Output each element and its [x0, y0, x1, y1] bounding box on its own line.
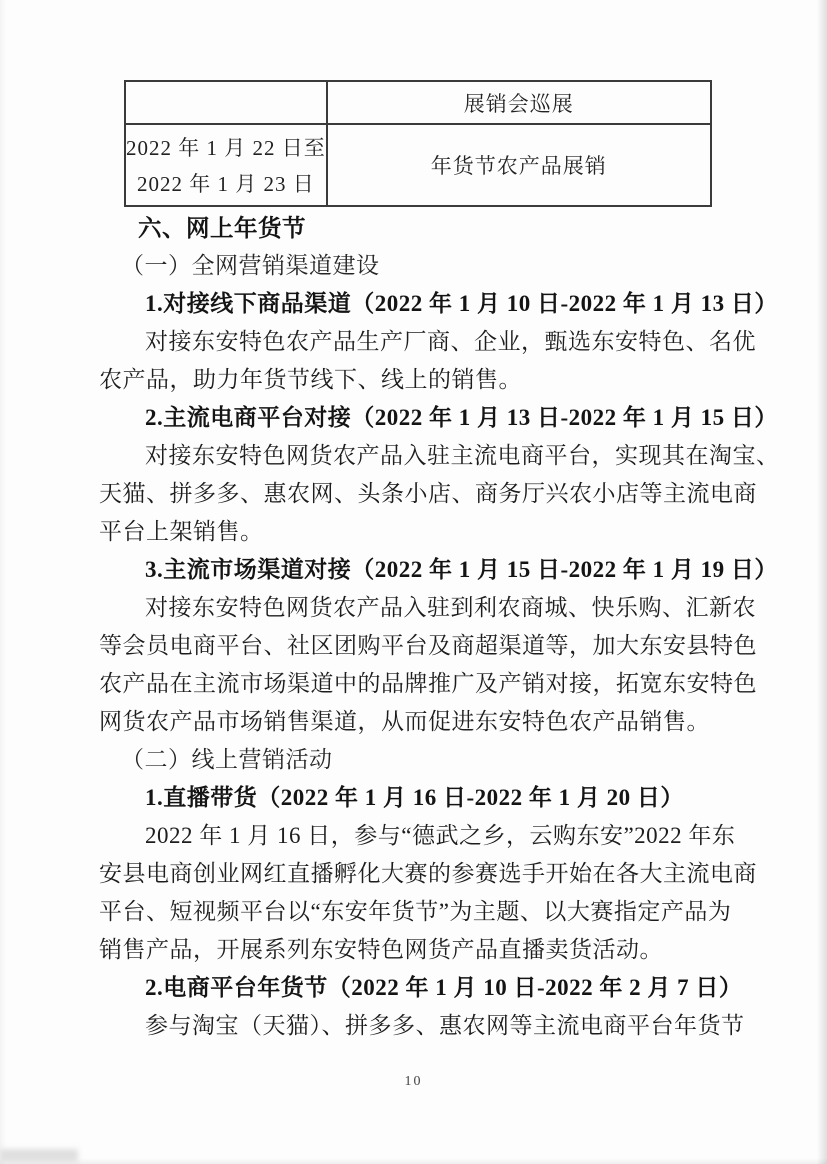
body-line: 农产品，助力年货节线下、线上的销售。: [99, 361, 759, 399]
numbered-heading: 1.对接线下商品渠道（2022 年 1 月 10 日-2022 年 1 月 13…: [99, 285, 759, 323]
numbered-heading: 2.电商平台年货节（2022 年 1 月 10 日-2022 年 2 月 7 日…: [99, 969, 759, 1007]
body-line: 安县电商创业网红直播孵化大赛的参赛选手开始在各大主流电商: [99, 855, 759, 893]
numbered-heading: 1.直播带货（2022 年 1 月 16 日-2022 年 1 月 20 日）: [99, 779, 759, 817]
document-page: 展销会巡展 2022 年 1 月 22 日至 2022 年 1 月 23 日 年…: [0, 0, 827, 1164]
body-line: 平台、短视频平台以“东安年货节”为主题、以大赛指定产品为: [99, 893, 759, 931]
period-line-2: 2022 年 1 月 23 日: [137, 168, 315, 198]
body-line: 对接东安特色农产品生产厂商、企业，甄选东安特色、名优: [99, 323, 759, 361]
period-lines: 2022 年 1 月 22 日至 2022 年 1 月 23 日: [126, 125, 326, 205]
table-cell-period-empty: [125, 81, 327, 124]
table-cell-activity-header: 展销会巡展: [327, 81, 711, 124]
section-heading: 六、网上年货节: [99, 209, 759, 247]
page-edge-shadow-bottom: [0, 1158, 827, 1164]
body-line: 天猫、拼多多、惠农网、头条小店、商务厅兴农小店等主流电商: [99, 475, 759, 513]
sub-heading: （一）全网营销渠道建设: [99, 247, 759, 285]
page-number: 10: [0, 1074, 827, 1090]
schedule-table: 展销会巡展 2022 年 1 月 22 日至 2022 年 1 月 23 日 年…: [124, 80, 712, 207]
body-line: 农产品在主流市场渠道中的品牌推广及产销对接，拓宽东安特色: [99, 665, 759, 703]
body-line: 平台上架销售。: [99, 513, 759, 551]
numbered-heading: 2.主流电商平台对接（2022 年 1 月 13 日-2022 年 1 月 15…: [99, 399, 759, 437]
document-body: 六、网上年货节 （一）全网营销渠道建设 1.对接线下商品渠道（2022 年 1 …: [99, 209, 759, 1045]
body-line: 参与淘宝（天猫）、拼多多、惠农网等主流电商平台年货节: [99, 1007, 759, 1045]
page-edge-shadow-left: [0, 0, 6, 1164]
body-line: 网货农产品市场销售渠道，从而促进东安特色农产品销售。: [99, 703, 759, 741]
period-line-1: 2022 年 1 月 22 日至: [126, 132, 326, 162]
scan-smudge: [0, 1149, 78, 1162]
sub-heading: （二）线上营销活动: [99, 741, 759, 779]
page-edge-shadow-right: [817, 0, 827, 1164]
numbered-heading: 3.主流市场渠道对接（2022 年 1 月 15 日-2022 年 1 月 19…: [99, 551, 759, 589]
table-cell-activity: 年货节农产品展销: [327, 124, 711, 206]
body-line: 对接东安特色网货农产品入驻到利农商城、快乐购、汇新农: [99, 589, 759, 627]
body-line: 对接东安特色网货农产品入驻主流电商平台，实现其在淘宝、: [99, 437, 759, 475]
table-row: 展销会巡展: [125, 81, 711, 124]
body-line: 销售产品，开展系列东安特色网货产品直播卖货活动。: [99, 931, 759, 969]
body-line: 2022 年 1 月 16 日，参与“德武之乡，云购东安”2022 年东: [99, 817, 759, 855]
body-line: 等会员电商平台、社区团购平台及商超渠道等，加大东安县特色: [99, 627, 759, 665]
table-cell-period: 2022 年 1 月 22 日至 2022 年 1 月 23 日: [125, 124, 327, 206]
table-row: 2022 年 1 月 22 日至 2022 年 1 月 23 日 年货节农产品展…: [125, 124, 711, 206]
